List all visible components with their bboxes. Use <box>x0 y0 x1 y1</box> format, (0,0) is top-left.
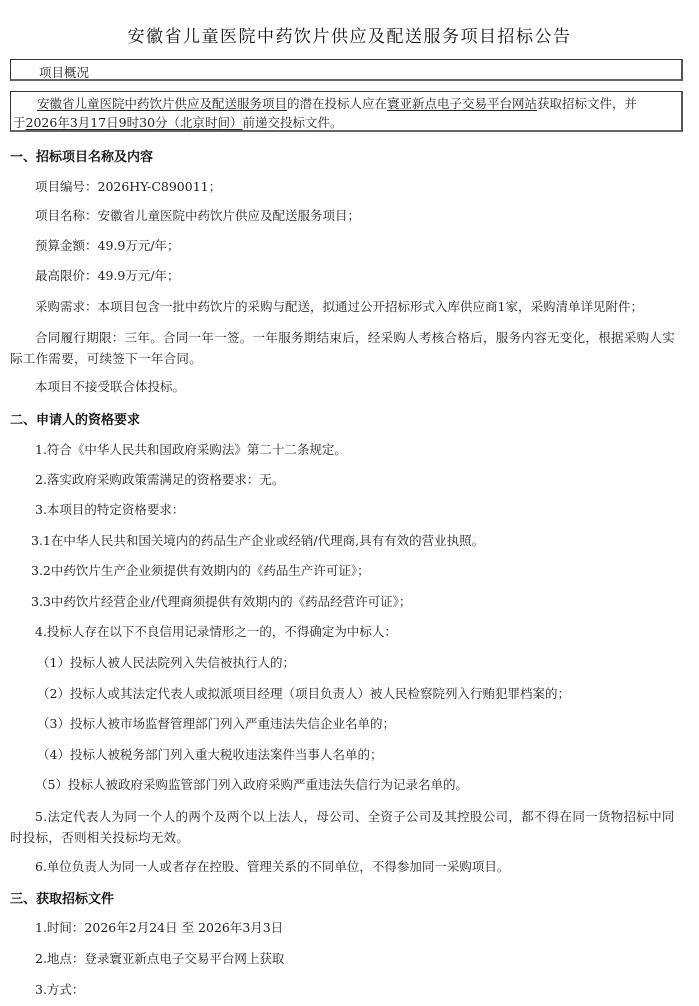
budget-amount: 预算金额：49.9万元/年； <box>35 236 180 255</box>
qualification-item-3-1: 3.1在中华人民共和国关境内的药品生产企业或经销/代理商,具有有效的营业执照。 <box>31 531 484 550</box>
qualification-item-3-3: 3.3中药饮片经营企业/代理商须提供有效期内的《药品经营许可证》； <box>31 592 411 611</box>
platform-link[interactable]: 寰亚新点电子交易平台网站 <box>387 96 537 111</box>
intro-text-2: 获取招标文件，并 <box>537 96 637 111</box>
bad-credit-item-2: （2）投标人或其法定代表人或拟派项目经理（项目负责人）被人民检察院列入行贿犯罪档… <box>37 684 570 703</box>
intro-text-4: 前递交投标文件。 <box>243 115 343 130</box>
bad-credit-item-4: （4）投标人被税务部门列入重大税收违法案件当事人名单的； <box>37 745 382 764</box>
deadline-text: 2026年3月17日9时30分（北京时间） <box>26 115 243 130</box>
intro-text-1: 的潜在投标人应在 <box>287 96 387 111</box>
page-title: 安徽省儿童医院中药饮片供应及配送服务项目招标公告 <box>0 22 699 47</box>
intro-box: 安徽省儿童医院中药饮片供应及配送服务项目的潜在投标人应在寰亚新点电子交易平台网站… <box>10 91 683 132</box>
qualification-item-5: 5.法定代表人为同一个人的两个及两个以上法人，母公司、全资子公司及其控股公司，都… <box>10 806 686 848</box>
intro-line-2: 于2026年3月17日9时30分（北京时间）前递交投标文件。 <box>13 113 675 132</box>
section-3-heading: 三、获取招标文件 <box>10 888 114 907</box>
bad-credit-item-1: （1）投标人被人民法院列入失信被执行人的； <box>37 653 295 672</box>
obtain-location: 2.地点：登录寰亚新点电子交易平台网上获取 <box>35 949 284 968</box>
intro-line-1: 安徽省儿童医院中药饮片供应及配送服务项目的潜在投标人应在寰亚新点电子交易平台网站… <box>17 94 675 113</box>
qualification-item-2: 2.落实政府采购政策需满足的资格要求：无。 <box>35 470 284 489</box>
obtain-method: 3.方式： <box>35 980 84 999</box>
qualification-item-1: 1.符合《中华人民共和国政府采购法》第二十二条规定。 <box>35 440 347 459</box>
section-1-heading: 一、招标项目名称及内容 <box>10 146 153 165</box>
bad-credit-item-5: （5）投标人被政府采购监管部门列入政府采购严重违法失信行为记录名单的。 <box>35 775 468 794</box>
overview-label: 项目概况 <box>39 63 89 81</box>
qualification-item-3-2: 3.2中药饮片生产企业须提供有效期内的《药品生产许可证》； <box>31 561 370 580</box>
overview-box: 项目概况 <box>10 59 683 81</box>
qualification-item-4: 4.投标人存在以下不良信用记录情形之一的，不得确定为中标人： <box>35 622 397 641</box>
intro-text-3: 于 <box>13 115 26 130</box>
qualification-item-3: 3.本项目的特定资格要求： <box>35 500 184 519</box>
consortium-note: 本项目不接受联合体投标。 <box>35 377 185 396</box>
project-name-link[interactable]: 安徽省儿童医院中药饮片供应及配送服务项目 <box>37 96 287 111</box>
obtain-time: 1.时间：2026年2月24日 至 2026年3月3日 <box>35 918 283 937</box>
max-price: 最高限价：49.9万元/年； <box>35 266 180 285</box>
procurement-requirement: 采购需求：本项目包含一批中药饮片的采购与配送，拟通过公开招标形式入库供应商1家，… <box>35 297 643 316</box>
project-number: 项目编号：2026HY-C890011； <box>35 177 221 196</box>
qualification-item-6: 6.单位负责人为同一人或者存在控股、管理关系的不同单位，不得参加同一采购项目。 <box>35 857 509 876</box>
section-2-heading: 二、申请人的资格要求 <box>10 409 140 428</box>
bad-credit-item-3: （3）投标人被市场监督管理部门列入严重违法失信企业名单的； <box>37 714 395 733</box>
project-name: 项目名称：安徽省儿童医院中药饮片供应及配送服务项目； <box>35 206 360 225</box>
contract-period: 合同履行期限：三年。合同一年一签。一年服务期结束后，经采购人考核合格后，服务内容… <box>10 327 686 369</box>
